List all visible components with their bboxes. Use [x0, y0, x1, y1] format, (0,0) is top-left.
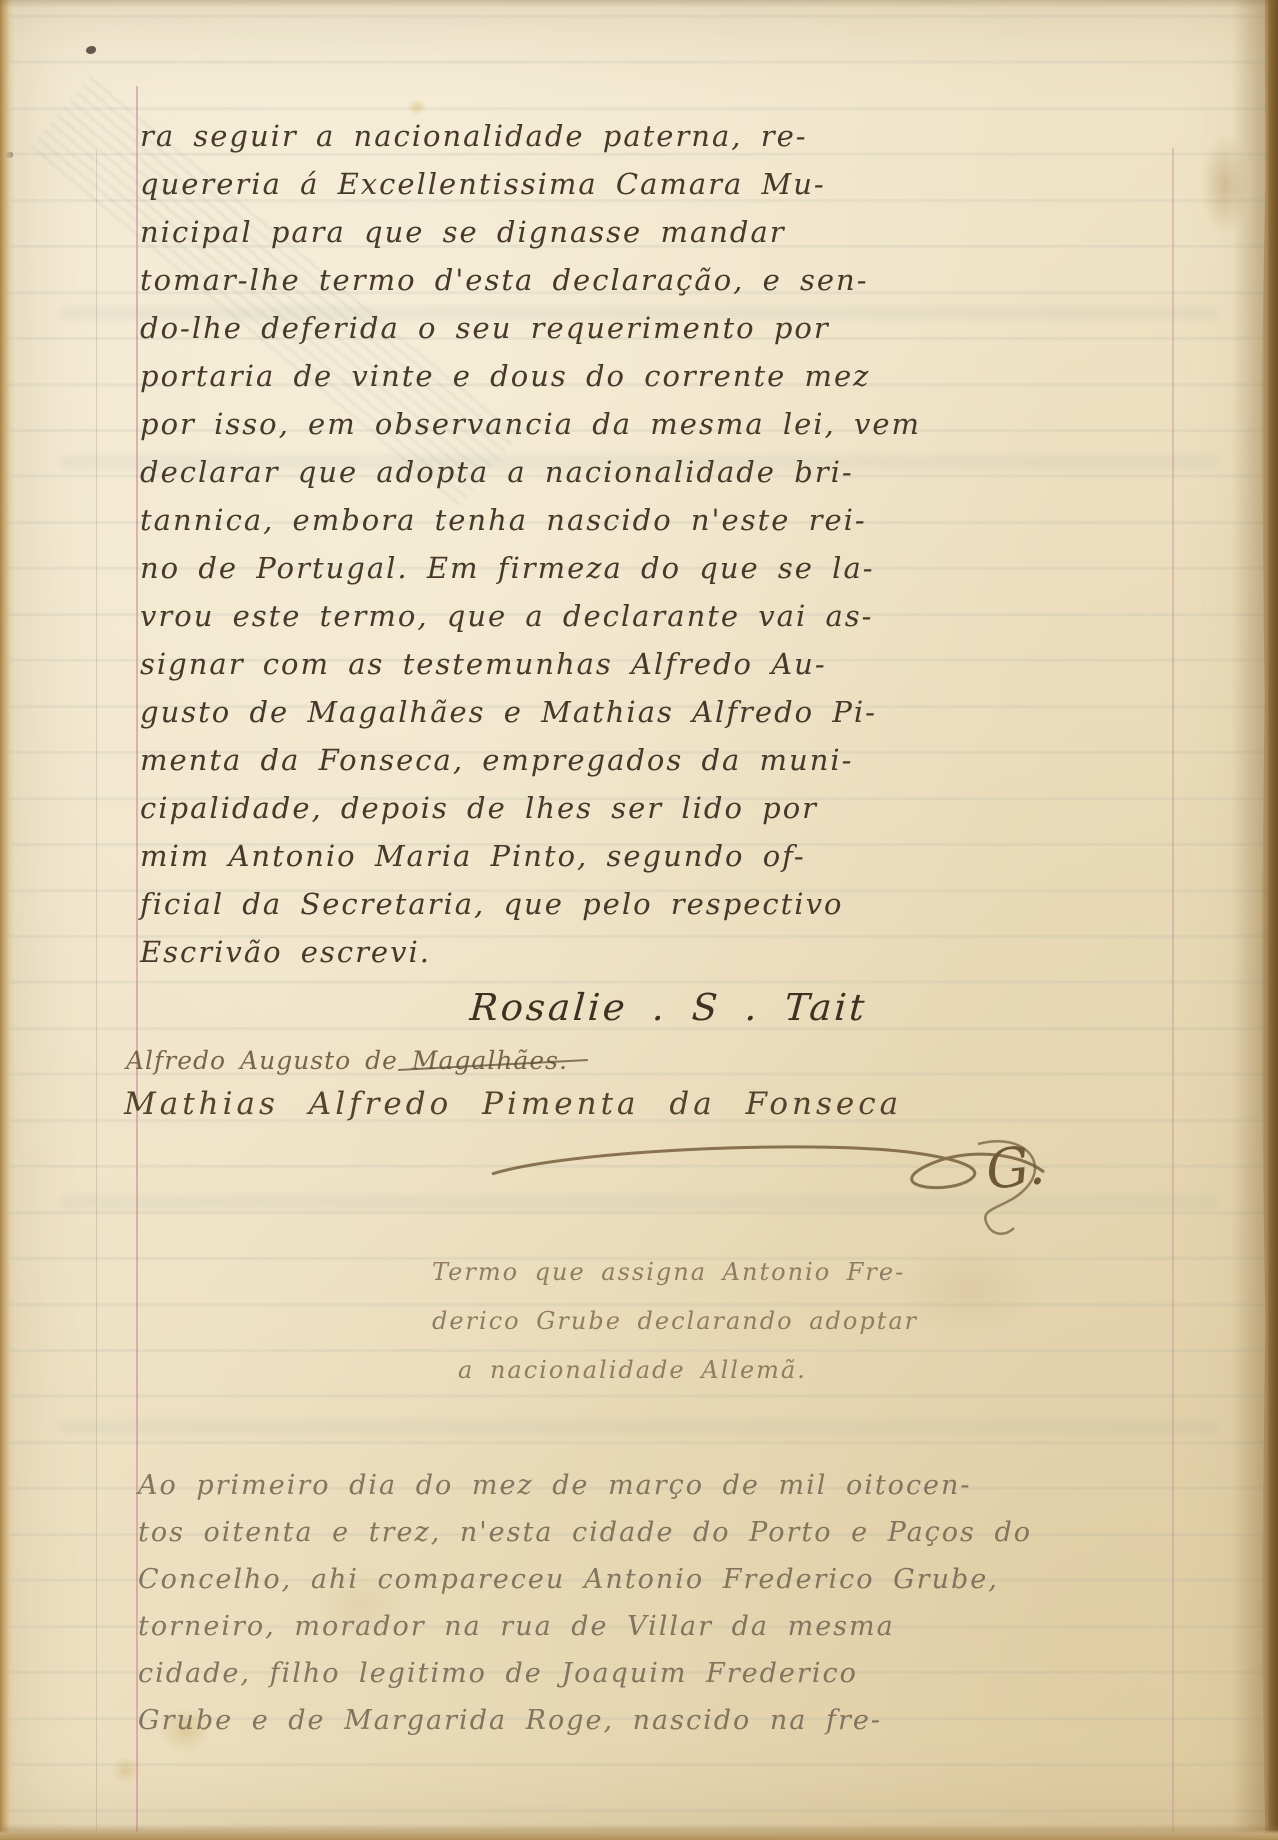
manuscript-line: tomar-lhe termo d'esta declaração, e sen… — [140, 256, 1060, 304]
manuscript-line: tos oitenta e trez, n'esta cidade do Por… — [138, 1509, 1068, 1556]
manuscript-line: no de Portugal. Em firmeza do que se la- — [140, 544, 1060, 592]
manuscript-line: portaria de vinte e dous do corrente mez — [140, 352, 1060, 400]
main-paragraph: ra seguir a nacionalidade paterna, re- q… — [140, 112, 1060, 976]
manuscript-line: vrou este termo, que a declarante vai as… — [140, 592, 1060, 640]
term-heading: Termo que assigna Antonio Fre- derico Gr… — [432, 1248, 1032, 1395]
faint-fold-line — [96, 150, 97, 1840]
ink-showthrough — [60, 1420, 1218, 1434]
witness-signature-magalhaes: Alfredo Augusto de Magalhães. — [126, 1046, 568, 1075]
manuscript-line: Grube e de Margarida Roge, nascido na fr… — [138, 1697, 1068, 1744]
manuscript-line: menta da Fonseca, empregados da muni- — [140, 736, 1060, 784]
manuscript-line: Ao primeiro dia do mez de março de mil o… — [138, 1462, 1068, 1509]
right-margin-line — [1172, 148, 1174, 1840]
term-heading-line: Termo que assigna Antonio Fre- — [432, 1248, 1032, 1297]
manuscript-line: declarar que adopta a nacionalidade bri- — [140, 448, 1060, 496]
witness-signature-fonseca: Mathias Alfredo Pimenta da Fonseca — [124, 1086, 902, 1122]
manuscript-line: ficial da Secretaria, que pelo respectiv… — [140, 880, 1060, 928]
manuscript-line: cipalidade, depois de lhes ser lido por — [140, 784, 1060, 832]
ink-speck — [86, 46, 96, 54]
paraph-initial: G. — [983, 1133, 1048, 1202]
declarant-signature: Rosalie . S . Tait — [468, 986, 868, 1029]
manuscript-line: cidade, filho legitimo de Joaquim Freder… — [138, 1650, 1068, 1697]
page-edge-shadow — [1232, 0, 1266, 1840]
term-heading-line: derico Grube declarando adoptar — [432, 1297, 1032, 1346]
signature-paraph-flourish — [478, 1122, 1064, 1252]
manuscript-page: ra seguir a nacionalidade paterna, re- q… — [0, 0, 1278, 1840]
manuscript-line: quereria á Excellentissima Camara Mu- — [140, 160, 1060, 208]
term-heading-line: a nacionalidade Allemã. — [432, 1346, 1032, 1395]
binding-edge — [0, 0, 14, 1840]
manuscript-line: torneiro, morador na rua de Villar da me… — [138, 1603, 1068, 1650]
second-paragraph: Ao primeiro dia do mez de março de mil o… — [138, 1462, 1068, 1744]
manuscript-line: mim Antonio Maria Pinto, segundo of- — [140, 832, 1060, 880]
page-top-edge — [0, 0, 1278, 8]
foxing-stain — [105, 1752, 147, 1788]
manuscript-line: nicipal para que se dignasse mandar — [140, 208, 1060, 256]
manuscript-line: tannica, embora tenha nascido n'este rei… — [140, 496, 1060, 544]
manuscript-line: Escrivão escrevi. — [140, 928, 1060, 976]
manuscript-line: por isso, em observancia da mesma lei, v… — [140, 400, 1060, 448]
manuscript-line: ra seguir a nacionalidade paterna, re- — [140, 112, 1060, 160]
manuscript-line: do-lhe deferida o seu requerimento por — [140, 304, 1060, 352]
manuscript-line: signar com as testemunhas Alfredo Au- — [140, 640, 1060, 688]
manuscript-line: Concelho, ahi compareceu Antonio Frederi… — [138, 1556, 1068, 1603]
manuscript-line: gusto de Magalhães e Mathias Alfredo Pi- — [140, 688, 1060, 736]
page-bottom-edge — [0, 1824, 1278, 1840]
